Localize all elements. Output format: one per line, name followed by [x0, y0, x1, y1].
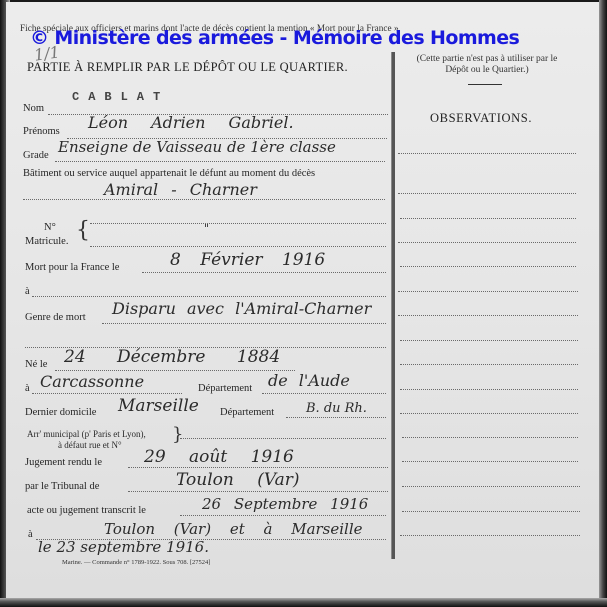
observations-rule	[468, 84, 502, 85]
copyright-watermark: © Ministère des armées - Mémoire des Hom…	[30, 27, 519, 49]
genre-mort-line	[102, 323, 386, 324]
observation-line	[398, 315, 578, 316]
observation-line	[398, 242, 576, 243]
prenoms-label: Prénoms	[23, 126, 60, 137]
scan-edge-bottom	[0, 598, 607, 607]
mort-a-line	[32, 296, 386, 297]
observation-line	[400, 389, 578, 390]
ne-a-label: à	[25, 383, 30, 394]
mort-le-value: 8 Février 1916	[170, 250, 325, 270]
matricule-label: Matricule.	[25, 236, 68, 247]
observation-line	[402, 437, 578, 438]
nom-value: CABLAT	[72, 90, 169, 104]
departement-naissance-line	[262, 393, 386, 394]
observation-line	[398, 153, 576, 154]
departement-domicile-label: Département	[220, 407, 274, 418]
prenoms-value: Léon Adrien Gabriel.	[88, 113, 294, 132]
ne-le-value: 24 Décembre 1884	[64, 347, 280, 367]
ne-le-line	[55, 370, 295, 371]
transcrit-a-continuation: le 23 septembre 1916.	[38, 538, 209, 556]
transcrit-a-value: Toulon (Var) et à Marseille	[104, 520, 363, 538]
jugement-value: 29 août 1916	[144, 447, 294, 467]
transcrit-label: acte ou jugement transcrit le	[27, 505, 146, 516]
mort-le-line	[142, 272, 386, 273]
observation-line	[398, 291, 578, 292]
tribunal-line	[128, 491, 388, 492]
observation-line	[400, 535, 580, 536]
matricule-no-label: N°	[44, 222, 56, 233]
mort-a-label: à	[25, 286, 30, 297]
batiment-value: Amiral - Charner	[104, 180, 257, 199]
genre-mort-value: Disparu avec l'Amiral-Charner	[112, 299, 371, 318]
transcrit-line	[180, 515, 386, 516]
nom-label: Nom	[23, 103, 44, 114]
arr-municipal-sublabel: à défaut rue et N°	[58, 440, 122, 450]
transcrit-value: 26 Septembre 1916	[202, 495, 368, 513]
observation-line	[398, 193, 576, 194]
observations-title: OBSERVATIONS.	[430, 111, 532, 126]
observation-line	[402, 511, 580, 512]
ne-a-line	[32, 393, 182, 394]
observation-line	[400, 364, 578, 365]
observation-line	[402, 461, 578, 462]
jugement-line	[128, 467, 388, 468]
tribunal-value: Toulon (Var)	[176, 470, 299, 490]
departement-naissance-label: Département	[198, 383, 252, 394]
grade-line	[55, 161, 385, 162]
dernier-domicile-label: Dernier domicile	[25, 407, 96, 418]
ne-le-label: Né le	[25, 359, 47, 370]
tribunal-label: par le Tribunal de	[25, 481, 99, 492]
departement-domicile-value: B. du Rh.	[306, 401, 367, 416]
batiment-line	[23, 199, 385, 200]
observation-line	[402, 486, 580, 487]
observations-note: (Cette partie n'est pas à utiliser par l…	[412, 54, 562, 76]
column-divider	[391, 52, 395, 559]
batiment-label: Bâtiment ou service auquel appartenait l…	[23, 168, 315, 179]
transcrit-a-label: à	[28, 529, 33, 540]
arr-municipal-brace: }	[172, 424, 183, 445]
dernier-domicile-value: Marseille	[118, 396, 199, 416]
matricule-brace: {	[76, 218, 90, 243]
matricule-no-line	[90, 223, 386, 224]
grade-value: Enseigne de Vaisseau de 1ère classe	[58, 138, 336, 156]
printer-footer: Marine. — Commande n° 1789-1922. Sous 70…	[62, 559, 210, 566]
jugement-label: Jugement rendu le	[25, 457, 102, 468]
departement-naissance-value: de l'Aude	[268, 371, 350, 390]
matricule-value: "	[204, 222, 209, 235]
grade-label: Grade	[23, 150, 49, 161]
departement-domicile-line	[286, 417, 386, 418]
observation-line	[400, 266, 576, 267]
observation-line	[400, 413, 578, 414]
observation-line	[400, 218, 576, 219]
arr-municipal-line	[180, 438, 386, 439]
mort-le-label: Mort pour la France le	[25, 262, 119, 273]
matricule-line	[90, 246, 386, 247]
scan-edge-right	[599, 0, 607, 607]
genre-mort-label: Genre de mort	[25, 312, 86, 323]
section-title: PARTIE À REMPLIR PAR LE DÉPÔT OU LE QUAR…	[27, 60, 348, 75]
observation-line	[400, 340, 578, 341]
ne-a-value: Carcassonne	[40, 372, 144, 391]
arr-municipal-label: Arr' municipal (p' Paris et Lyon),	[27, 429, 146, 439]
